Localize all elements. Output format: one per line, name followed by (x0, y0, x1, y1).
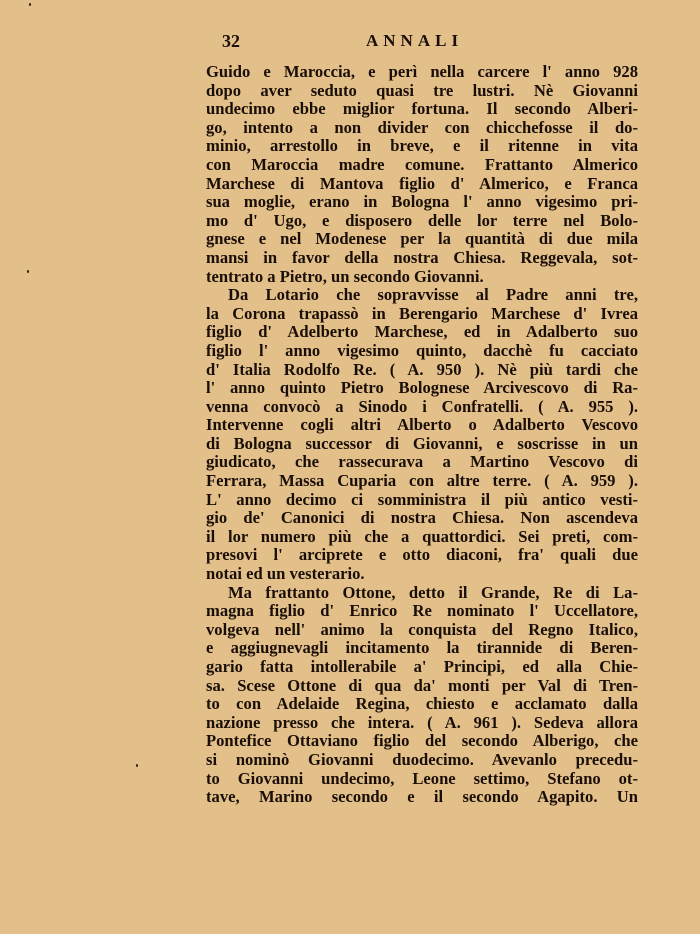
text-line: L' anno decimo ci somministra il più ant… (206, 491, 638, 510)
page-number: 32 (222, 31, 240, 52)
text-line: gario fatta intollerabile a' Principi, e… (206, 658, 638, 677)
text-line: e aggiugnevagli incitamento la tirannide… (206, 639, 638, 658)
text-line: figlio d' Adelberto Marchese, ed in Adal… (206, 323, 638, 342)
text-line: presovi l' arciprete e otto diaconi, fra… (206, 546, 638, 565)
text-line: mo d' Ugo, e disposero delle lor terre n… (206, 212, 638, 231)
paragraph: Guido e Maroccia, e perì nella carcere l… (206, 63, 638, 286)
text-line: magna figlio d' Enrico Re nominato l' Uc… (206, 602, 638, 621)
text-line: tave, Marino secondo e il secondo Agapit… (206, 788, 638, 807)
text-line: figlio l' anno vigesimo quinto, dacchè f… (206, 342, 638, 361)
text-line: dopo aver seduto quasi tre lustri. Nè Gi… (206, 82, 638, 101)
page-speck (27, 270, 29, 273)
text-line: il lor numero più che a quattordici. Sei… (206, 528, 638, 547)
page-header: 32 ANNALI (222, 31, 642, 55)
text-line: Intervenne cogli altri Alberto o Adalber… (206, 416, 638, 435)
text-line: giudicato, che rassecurava a Martino Ves… (206, 453, 638, 472)
text-line: Pontefice Ottaviano figlio del secondo A… (206, 732, 638, 751)
text-line: gnese e nel Modenese per la quantità di … (206, 230, 638, 249)
text-line: Da Lotario che sopravvisse al Padre anni… (206, 286, 638, 305)
text-line: sa. Scese Ottone di qua da' monti per Va… (206, 677, 638, 696)
text-line: to Giovanni undecimo, Leone settimo, Ste… (206, 770, 638, 789)
text-line: to con Adelaide Regina, chiesto e acclam… (206, 695, 638, 714)
paragraph: Ma frattanto Ottone, detto il Grande, Re… (206, 584, 638, 807)
text-line: Ma frattanto Ottone, detto il Grande, Re… (206, 584, 638, 603)
text-line: sua moglie, erano in Bologna l' anno vig… (206, 193, 638, 212)
paragraph: Da Lotario che sopravvisse al Padre anni… (206, 286, 638, 584)
text-line: Ferrara, Massa Cuparia con altre terre. … (206, 472, 638, 491)
text-line: venna convocò a Sinodo i Confratelli. ( … (206, 398, 638, 417)
text-line: volgeva nell' animo la conquista del Reg… (206, 621, 638, 640)
page-speck (29, 3, 31, 6)
text-line: notai ed un vesterario. (206, 565, 638, 584)
text-line: con Maroccia madre comune. Frattanto Alm… (206, 156, 638, 175)
text-line: go, intento a non divider con chicchefos… (206, 119, 638, 138)
page-speck (136, 764, 138, 767)
text-line: undecimo ebbe miglior fortuna. Il second… (206, 100, 638, 119)
text-line: minio, arrestollo in breve, e il ritenne… (206, 137, 638, 156)
text-line: di Bologna successor di Giovanni, e sosc… (206, 435, 638, 454)
text-line: l' anno quinto Pietro Bolognese Arcivesc… (206, 379, 638, 398)
text-line: nazione presso che intera. ( A. 961 ). S… (206, 714, 638, 733)
text-line: mansi in favor della nostra Chiesa. Regg… (206, 249, 638, 268)
text-line: tentrato a Pietro, un secondo Giovanni. (206, 268, 638, 287)
text-line: la Corona trapassò in Berengario Marches… (206, 305, 638, 324)
text-line: si nominò Giovanni duodecimo. Avevanlo p… (206, 751, 638, 770)
text-line: d' Italia Rodolfo Re. ( A. 950 ). Nè più… (206, 361, 638, 380)
text-line: Guido e Maroccia, e perì nella carcere l… (206, 63, 638, 82)
body-text: Guido e Maroccia, e perì nella carcere l… (206, 63, 638, 807)
text-line: Marchese di Mantova figlio d' Almerico, … (206, 175, 638, 194)
text-line: gio de' Canonici di nostra Chiesa. Non a… (206, 509, 638, 528)
running-head: ANNALI (366, 31, 463, 51)
